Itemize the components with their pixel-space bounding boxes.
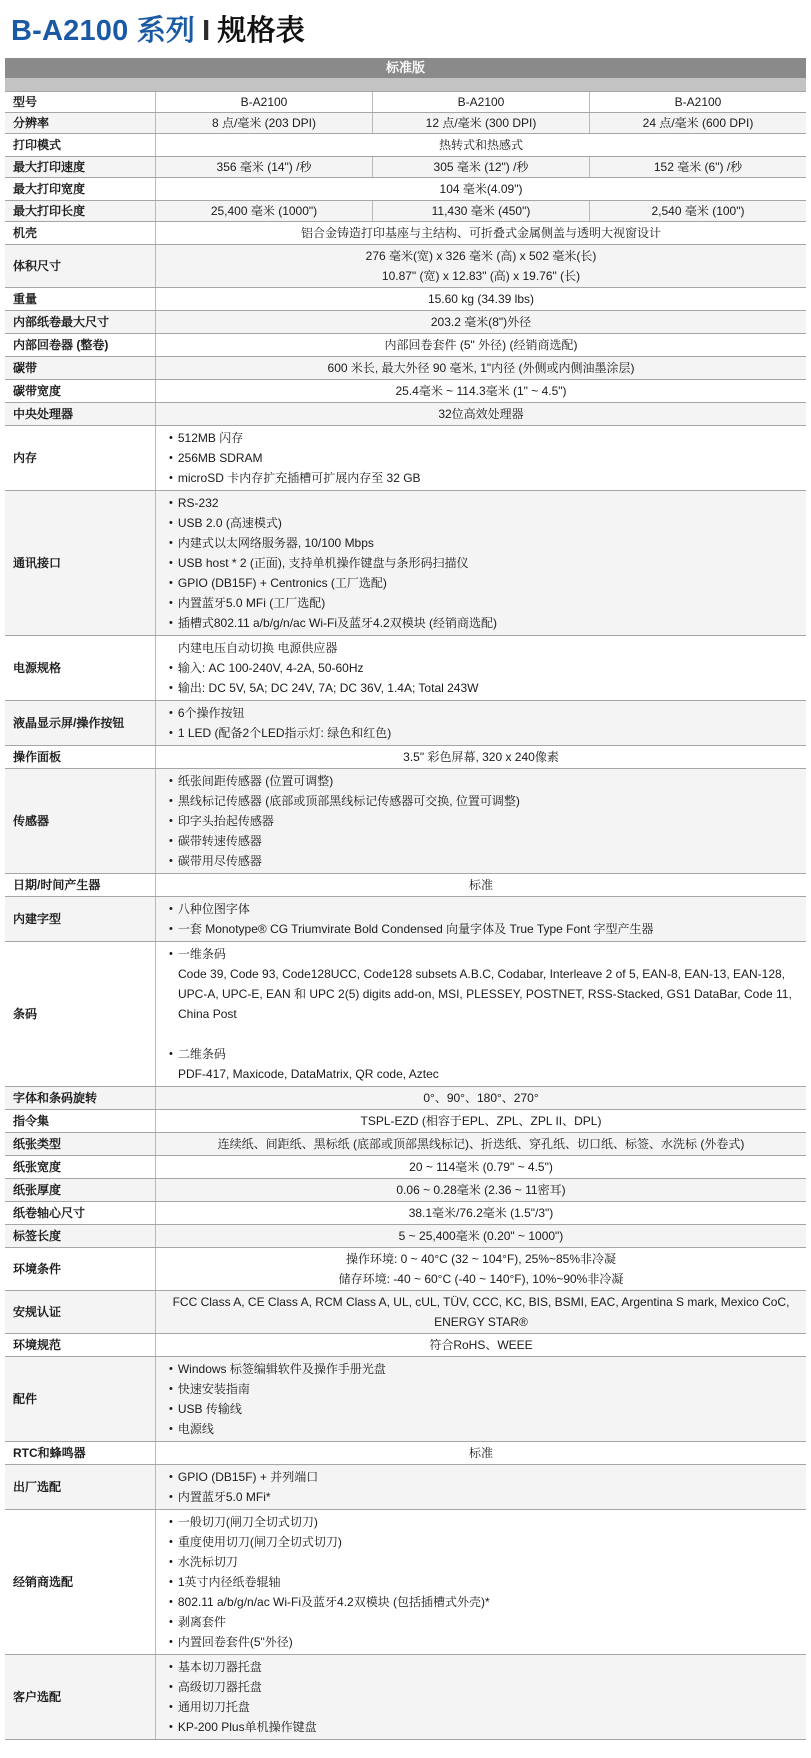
value-line: FCC Class A, CE Class A, RCM Class A, UL… xyxy=(164,1292,798,1332)
value-line: 104 毫米(4.09") xyxy=(164,179,798,199)
bullet-icon: • xyxy=(169,1379,173,1399)
spec-row: 分辨率8 点/毫米 (203 DPI)12 点/毫米 (300 DPI)24 点… xyxy=(5,112,806,133)
row-label: 最大打印速度 xyxy=(5,157,155,177)
spec-row: 重量15.60 kg (34.39 lbs) xyxy=(5,287,806,310)
row-value: 标准 xyxy=(155,1442,806,1464)
list-item: •RS-232 xyxy=(169,493,796,513)
value-cell: B-A2100 xyxy=(589,92,806,112)
list-item: •二维条码 xyxy=(169,1044,796,1064)
row-label: 最大打印宽度 xyxy=(5,178,155,200)
row-value: 25,400 毫米 (1000")11,430 毫米 (450")2,540 毫… xyxy=(155,201,806,221)
item-text: microSD 卡内存扩充插槽可扩展内存至 32 GB xyxy=(178,468,796,488)
item-text: 八种位图字体 xyxy=(178,899,796,919)
row-value: •GPIO (DB15F) + 并列端口•内置蓝牙5.0 MFi* xyxy=(155,1465,806,1509)
value-line: 10.87" (宽) x 12.83" (高) x 19.76" (长) xyxy=(164,266,798,286)
row-label: 内建字型 xyxy=(5,897,155,941)
spec-row: 出厂选配•GPIO (DB15F) + 并列端口•内置蓝牙5.0 MFi* xyxy=(5,1464,806,1509)
value-line: 15.60 kg (34.39 lbs) xyxy=(164,289,798,309)
row-label: 字体和条码旋转 xyxy=(5,1087,155,1109)
spec-row: 中央处理器32位高效处理器 xyxy=(5,402,806,425)
list-item: •输入: AC 100-240V, 4-2A, 50-60Hz xyxy=(169,658,796,678)
spec-row: 环境规范符合RoHS、WEEE xyxy=(5,1333,806,1356)
value-line: 铝合金铸造打印基座与主结构、可折叠式金属侧盖与透明大视窗设计 xyxy=(164,223,798,243)
item-text: 一般切刀(闸刀全切式切刀) xyxy=(178,1512,796,1532)
row-label: 条码 xyxy=(5,942,155,1086)
list-item: •插槽式802.11 a/b/g/n/ac Wi-Fi及蓝牙4.2双模块 (经销… xyxy=(169,613,796,633)
row-label: 纸卷轴心尺寸 xyxy=(5,1202,155,1224)
spec-row: 内建字型•八种位图字体•一套 Monotype® CG Triumvirate … xyxy=(5,896,806,941)
list-item: •高级切刀器托盘 xyxy=(169,1677,796,1697)
spec-row: 内存•512MB 闪存•256MB SDRAM•microSD 卡内存扩充插槽可… xyxy=(5,425,806,490)
value-cell: B-A2100 xyxy=(372,92,589,112)
bullet-icon: • xyxy=(169,1359,173,1379)
row-label: 内部回卷器 (整卷) xyxy=(5,334,155,356)
row-value: •512MB 闪存•256MB SDRAM•microSD 卡内存扩充插槽可扩展… xyxy=(155,426,806,490)
spec-row: 经销商选配•一般切刀(闸刀全切式切刀)•重度使用切刀(闸刀全切式切刀)•水洗标切… xyxy=(5,1509,806,1654)
value-line: 符合RoHS、WEEE xyxy=(164,1335,798,1355)
value-line: 热转式和热感式 xyxy=(164,135,798,155)
spec-row: 指令集TSPL-EZD (相容于EPL、ZPL、ZPL II、DPL) xyxy=(5,1109,806,1132)
row-value: •一维条码Code 39, Code 93, Code128UCC, Code1… xyxy=(155,942,806,1086)
row-label: 纸张宽度 xyxy=(5,1156,155,1178)
spec-row: 纸卷轴心尺寸38.1毫米/76.2毫米 (1.5"/3") xyxy=(5,1201,806,1224)
value-cell: 11,430 毫米 (450") xyxy=(372,201,589,221)
item-text: 碳带转速传感器 xyxy=(178,831,796,851)
row-label: 客户选配 xyxy=(5,1655,155,1739)
bullet-icon: • xyxy=(169,771,173,791)
edition-header-band xyxy=(5,78,806,91)
row-value: 0.06 ~ 0.28毫米 (2.36 ~ 11密耳) xyxy=(155,1179,806,1201)
spec-row: 字体和条码旋转0°、90°、180°、270° xyxy=(5,1086,806,1109)
value-line: 32位高效处理器 xyxy=(164,404,798,424)
list-item: •一套 Monotype® CG Triumvirate Bold Conden… xyxy=(169,919,796,939)
list-item: •八种位图字体 xyxy=(169,899,796,919)
list-item: •1英寸内径纸卷辊轴 xyxy=(169,1572,796,1592)
value-line: 标准 xyxy=(164,875,798,895)
item-text: 黑线标记传感器 (底部或顶部黑线标记传感器可交换, 位置可调整) xyxy=(178,791,796,811)
bullet-icon: • xyxy=(169,1552,173,1572)
bullet-icon: • xyxy=(169,851,173,871)
item-text: USB host * 2 (正面), 支持单机操作键盘与条形码扫描仪 xyxy=(178,553,796,573)
item-text: 剥离套件 xyxy=(178,1612,796,1632)
item-text: 802.11 a/b/g/n/ac Wi-Fi及蓝牙4.2双模块 (包括插槽式外… xyxy=(178,1592,796,1612)
row-label: 打印模式 xyxy=(5,134,155,156)
item-text: 内建电压自动切换 电源供应器 xyxy=(178,638,796,658)
list-item: •内建式以太网络服务器, 10/100 Mbps xyxy=(169,533,796,553)
list-item: •纸张间距传感器 (位置可调整) xyxy=(169,771,796,791)
spec-sheet-page: B-A2100 系列I规格表 标准版 型号B-A2100B-A2100B-A21… xyxy=(0,0,811,1758)
value-line: 276 毫米(宽) x 326 毫米 (高) x 502 毫米(长) xyxy=(164,246,798,266)
list-item: •512MB 闪存 xyxy=(169,428,796,448)
bullet-icon: • xyxy=(169,899,173,919)
list-item: •内置回卷套件(5"外径) xyxy=(169,1632,796,1652)
value-cell: 24 点/毫米 (600 DPI) xyxy=(589,113,806,133)
row-label: 安规认证 xyxy=(5,1291,155,1333)
value-line: 内部回卷套件 (5" 外径) (经销商选配) xyxy=(164,335,798,355)
bullet-icon: • xyxy=(169,1419,173,1439)
spec-row: 纸张宽度20 ~ 114毫米 (0.79" ~ 4.5") xyxy=(5,1155,806,1178)
bullet-icon: • xyxy=(169,1697,173,1717)
row-value: 356 毫米 (14") /秒305 毫米 (12") /秒152 毫米 (6"… xyxy=(155,157,806,177)
row-label: 传感器 xyxy=(5,769,155,873)
spec-row: 条码•一维条码Code 39, Code 93, Code128UCC, Cod… xyxy=(5,941,806,1086)
item-text: 内置蓝牙5.0 MFi* xyxy=(178,1487,796,1507)
row-value: 32位高效处理器 xyxy=(155,403,806,425)
row-label: 电源规格 xyxy=(5,636,155,700)
row-label: 操作面板 xyxy=(5,746,155,768)
row-value: 276 毫米(宽) x 326 毫米 (高) x 502 毫米(长)10.87"… xyxy=(155,245,806,287)
item-text: 二维条码 xyxy=(178,1044,796,1064)
row-value: 操作环境: 0 ~ 40°C (32 ~ 104°F), 25%~85%非冷凝储… xyxy=(155,1248,806,1290)
list-item: 内建电压自动切换 电源供应器 xyxy=(169,638,796,658)
value-cell: 2,540 毫米 (100") xyxy=(589,201,806,221)
bullet-icon: • xyxy=(169,1657,173,1677)
bullet-icon: • xyxy=(169,468,173,488)
row-label: 纸张类型 xyxy=(5,1133,155,1155)
row-label: 中央处理器 xyxy=(5,403,155,425)
row-label: 出厂选配 xyxy=(5,1465,155,1509)
row-value: 内部回卷套件 (5" 外径) (经销商选配) xyxy=(155,334,806,356)
bullet-icon: • xyxy=(169,553,173,573)
list-item: •内置蓝牙5.0 MFi (工厂选配) xyxy=(169,593,796,613)
title-separator-icon: I xyxy=(195,15,217,47)
value-cell: 305 毫米 (12") /秒 xyxy=(372,157,589,177)
row-label: 内存 xyxy=(5,426,155,490)
row-value: 5 ~ 25,400毫米 (0.20" ~ 1000") xyxy=(155,1225,806,1247)
value-line: 5 ~ 25,400毫米 (0.20" ~ 1000") xyxy=(164,1226,798,1246)
item-text: 1 LED (配备2个LED指示灯: 绿色和红色) xyxy=(178,723,796,743)
item-text: KP-200 Plus单机操作键盘 xyxy=(178,1717,796,1737)
spec-row: 操作面板3.5" 彩色屏幕, 320 x 240像素 xyxy=(5,745,806,768)
list-item: •黑线标记传感器 (底部或顶部黑线标记传感器可交换, 位置可调整) xyxy=(169,791,796,811)
item-text: 重度使用切刀(闸刀全切式切刀) xyxy=(178,1532,796,1552)
value-cell: 356 毫米 (14") /秒 xyxy=(156,157,372,177)
row-value: •八种位图字体•一套 Monotype® CG Triumvirate Bold… xyxy=(155,897,806,941)
list-item: •通用切刀托盘 xyxy=(169,1697,796,1717)
value-line: 储存环境: -40 ~ 60°C (-40 ~ 140°F), 10%~90%非… xyxy=(164,1269,798,1289)
list-item: •碳带用尽传感器 xyxy=(169,851,796,871)
item-text: 印字头抬起传感器 xyxy=(178,811,796,831)
row-value: 0°、90°、180°、270° xyxy=(155,1087,806,1109)
row-value: 600 米长, 最大外径 90 毫米, 1"内径 (外侧或内侧油墨涂层) xyxy=(155,357,806,379)
value-cell: B-A2100 xyxy=(156,92,372,112)
spec-row: 最大打印速度356 毫米 (14") /秒305 毫米 (12") /秒152 … xyxy=(5,156,806,177)
row-label: 碳带宽度 xyxy=(5,380,155,402)
row-label: 环境条件 xyxy=(5,1248,155,1290)
list-item: •一般切刀(闸刀全切式切刀) xyxy=(169,1512,796,1532)
spec-row: 传感器•纸张间距传感器 (位置可调整)•黑线标记传感器 (底部或顶部黑线标记传感… xyxy=(5,768,806,873)
list-item: •GPIO (DB15F) + Centronics (工厂选配) xyxy=(169,573,796,593)
bullet-icon: • xyxy=(169,791,173,811)
spec-row: 日期/时间产生器标准 xyxy=(5,873,806,896)
item-text: 纸张间距传感器 (位置可调整) xyxy=(178,771,796,791)
row-value: 热转式和热感式 xyxy=(155,134,806,156)
item-text: 基本切刀器托盘 xyxy=(178,1657,796,1677)
item-text: 高级切刀器托盘 xyxy=(178,1677,796,1697)
list-item: •USB 传输线 xyxy=(169,1399,796,1419)
row-value: 25.4毫米 ~ 114.3毫米 (1" ~ 4.5") xyxy=(155,380,806,402)
row-value: 标准 xyxy=(155,874,806,896)
row-value: •Windows 标签编辑软件及操作手册光盘•快速安装指南•USB 传输线•电源… xyxy=(155,1357,806,1441)
list-item: PDF-417, Maxicode, DataMatrix, QR code, … xyxy=(169,1064,796,1084)
row-value: 连续纸、间距纸、黑标纸 (底部或顶部黑线标记)、折迭纸、穿孔纸、切口纸、标签、水… xyxy=(155,1133,806,1155)
item-text: 一套 Monotype® CG Triumvirate Bold Condens… xyxy=(178,919,796,939)
spec-row: 内部回卷器 (整卷)内部回卷套件 (5" 外径) (经销商选配) xyxy=(5,333,806,356)
row-value: 铝合金铸造打印基座与主结构、可折叠式金属侧盖与透明大视窗设计 xyxy=(155,222,806,244)
item-text: Windows 标签编辑软件及操作手册光盘 xyxy=(178,1359,796,1379)
row-label: 体积尺寸 xyxy=(5,245,155,287)
row-value: 104 毫米(4.09") xyxy=(155,178,806,200)
list-item: •USB host * 2 (正面), 支持单机操作键盘与条形码扫描仪 xyxy=(169,553,796,573)
row-value: •纸张间距传感器 (位置可调整)•黑线标记传感器 (底部或顶部黑线标记传感器可交… xyxy=(155,769,806,873)
item-text: Code 39, Code 93, Code128UCC, Code128 su… xyxy=(178,964,796,1024)
item-text: 一维条码 xyxy=(178,944,796,964)
row-label: 分辨率 xyxy=(5,113,155,133)
bullet-icon: • xyxy=(169,723,173,743)
item-text: 512MB 闪存 xyxy=(178,428,796,448)
row-value: FCC Class A, CE Class A, RCM Class A, UL… xyxy=(155,1291,806,1333)
item-text: 通用切刀托盘 xyxy=(178,1697,796,1717)
list-item: •KP-200 Plus单机操作键盘 xyxy=(169,1717,796,1737)
row-value: •基本切刀器托盘•高级切刀器托盘•通用切刀托盘•KP-200 Plus单机操作键… xyxy=(155,1655,806,1739)
row-label: 最大打印长度 xyxy=(5,201,155,221)
value-line: 0°、90°、180°、270° xyxy=(164,1088,798,1108)
list-item: •水洗标切刀 xyxy=(169,1552,796,1572)
row-label: 环境规范 xyxy=(5,1334,155,1356)
bullet-icon: • xyxy=(169,1717,173,1737)
row-label: 纸张厚度 xyxy=(5,1179,155,1201)
spec-row: 型号B-A2100B-A2100B-A2100 xyxy=(5,91,806,112)
item-text: GPIO (DB15F) + 并列端口 xyxy=(178,1467,796,1487)
bullet-icon: • xyxy=(169,1592,173,1612)
row-value: •6个操作按钮•1 LED (配备2个LED指示灯: 绿色和红色) xyxy=(155,701,806,745)
item-text: 碳带用尽传感器 xyxy=(178,851,796,871)
row-label: 配件 xyxy=(5,1357,155,1441)
list-item: •电源线 xyxy=(169,1419,796,1439)
item-text: USB 2.0 (高速模式) xyxy=(178,513,796,533)
edition-header-label: 标准版 xyxy=(5,58,806,78)
value-line: 3.5" 彩色屏幕, 320 x 240像素 xyxy=(164,747,798,767)
bullet-icon: • xyxy=(169,1512,173,1532)
item-text: 输入: AC 100-240V, 4-2A, 50-60Hz xyxy=(178,658,796,678)
bullet-icon: • xyxy=(169,919,173,939)
item-text: 内置蓝牙5.0 MFi (工厂选配) xyxy=(178,593,796,613)
list-item: •重度使用切刀(闸刀全切式切刀) xyxy=(169,1532,796,1552)
row-label: 经销商选配 xyxy=(5,1510,155,1654)
bullet-icon: • xyxy=(169,513,173,533)
list-item: •256MB SDRAM xyxy=(169,448,796,468)
row-label: 重量 xyxy=(5,288,155,310)
spec-row: 配件•Windows 标签编辑软件及操作手册光盘•快速安装指南•USB 传输线•… xyxy=(5,1356,806,1441)
row-label: 日期/时间产生器 xyxy=(5,874,155,896)
spec-row: 最大打印宽度104 毫米(4.09") xyxy=(5,177,806,200)
item-text: 水洗标切刀 xyxy=(178,1552,796,1572)
item-text: 插槽式802.11 a/b/g/n/ac Wi-Fi及蓝牙4.2双模块 (经销商… xyxy=(178,613,796,633)
bullet-icon: • xyxy=(169,1532,173,1552)
spec-row: 客户选配•基本切刀器托盘•高级切刀器托盘•通用切刀托盘•KP-200 Plus单… xyxy=(5,1654,806,1739)
item-text: 1英寸内径纸卷辊轴 xyxy=(178,1572,796,1592)
bullet-icon: • xyxy=(169,678,173,698)
page-title: B-A2100 系列I规格表 xyxy=(5,6,806,58)
spec-row: 环境条件操作环境: 0 ~ 40°C (32 ~ 104°F), 25%~85%… xyxy=(5,1247,806,1290)
list-item: •基本切刀器托盘 xyxy=(169,1657,796,1677)
row-value: 符合RoHS、WEEE xyxy=(155,1334,806,1356)
list-item: •印字头抬起传感器 xyxy=(169,811,796,831)
spec-row: 内部纸卷最大尺寸203.2 毫米(8")外径 xyxy=(5,310,806,333)
row-value: 15.60 kg (34.39 lbs) xyxy=(155,288,806,310)
bullet-icon: • xyxy=(169,703,173,723)
value-line: TSPL-EZD (相容于EPL、ZPL、ZPL II、DPL) xyxy=(164,1111,798,1131)
bullet-icon: • xyxy=(169,1487,173,1507)
title-suffix: 规格表 xyxy=(217,15,305,47)
list-item: •内置蓝牙5.0 MFi* xyxy=(169,1487,796,1507)
value-cell: 8 点/毫米 (203 DPI) xyxy=(156,113,372,133)
row-value: •RS-232•USB 2.0 (高速模式)•内建式以太网络服务器, 10/10… xyxy=(155,491,806,635)
row-label: 机壳 xyxy=(5,222,155,244)
value-line: 连续纸、间距纸、黑标纸 (底部或顶部黑线标记)、折迭纸、穿孔纸、切口纸、标签、水… xyxy=(164,1134,798,1154)
list-item: •GPIO (DB15F) + 并列端口 xyxy=(169,1467,796,1487)
list-item: •1 LED (配备2个LED指示灯: 绿色和红色) xyxy=(169,723,796,743)
row-value: •一般切刀(闸刀全切式切刀)•重度使用切刀(闸刀全切式切刀)•水洗标切刀•1英寸… xyxy=(155,1510,806,1654)
spec-row: 碳带600 米长, 最大外径 90 毫米, 1"内径 (外侧或内侧油墨涂层) xyxy=(5,356,806,379)
spec-row: 机壳铝合金铸造打印基座与主结构、可折叠式金属侧盖与透明大视窗设计 xyxy=(5,221,806,244)
bullet-icon: • xyxy=(169,533,173,553)
list-item: •碳带转速传感器 xyxy=(169,831,796,851)
spec-row: 标签长度5 ~ 25,400毫米 (0.20" ~ 1000") xyxy=(5,1224,806,1247)
value-line: 标准 xyxy=(164,1443,798,1463)
item-text: 内建式以太网络服务器, 10/100 Mbps xyxy=(178,533,796,553)
row-value: 8 点/毫米 (203 DPI)12 点/毫米 (300 DPI)24 点/毫米… xyxy=(155,113,806,133)
bullet-icon: • xyxy=(169,1399,173,1419)
row-label: 通讯接口 xyxy=(5,491,155,635)
item-text: 6个操作按钮 xyxy=(178,703,796,723)
row-label: 碳带 xyxy=(5,357,155,379)
item-text: 快速安装指南 xyxy=(178,1379,796,1399)
list-item xyxy=(169,1024,796,1044)
row-label: RTC和蜂鸣器 xyxy=(5,1442,155,1464)
spec-row: 电源规格内建电压自动切换 电源供应器•输入: AC 100-240V, 4-2A… xyxy=(5,635,806,700)
list-item: •USB 2.0 (高速模式) xyxy=(169,513,796,533)
value-cell: 152 毫米 (6") /秒 xyxy=(589,157,806,177)
list-item: Code 39, Code 93, Code128UCC, Code128 su… xyxy=(169,964,796,1024)
bullet-icon: • xyxy=(169,1632,173,1652)
row-value: B-A2100B-A2100B-A2100 xyxy=(155,92,806,112)
bullet-icon: • xyxy=(169,428,173,448)
spec-table: 型号B-A2100B-A2100B-A2100分辨率8 点/毫米 (203 DP… xyxy=(5,91,806,1740)
spec-row: RTC和蜂鸣器标准 xyxy=(5,1441,806,1464)
item-text: USB 传输线 xyxy=(178,1399,796,1419)
list-item: •6个操作按钮 xyxy=(169,703,796,723)
list-item: •快速安装指南 xyxy=(169,1379,796,1399)
edition-header: 标准版 xyxy=(5,58,806,91)
bullet-icon: • xyxy=(169,1677,173,1697)
row-label: 指令集 xyxy=(5,1110,155,1132)
value-line: 600 米长, 最大外径 90 毫米, 1"内径 (外侧或内侧油墨涂层) xyxy=(164,358,798,378)
spec-row: 碳带宽度25.4毫米 ~ 114.3毫米 (1" ~ 4.5") xyxy=(5,379,806,402)
bullet-icon: • xyxy=(169,1467,173,1487)
value-cell: 25,400 毫米 (1000") xyxy=(156,201,372,221)
bullet-icon: • xyxy=(169,658,173,678)
row-value: 3.5" 彩色屏幕, 320 x 240像素 xyxy=(155,746,806,768)
spec-row: 最大打印长度25,400 毫米 (1000")11,430 毫米 (450")2… xyxy=(5,200,806,221)
spec-row: 体积尺寸276 毫米(宽) x 326 毫米 (高) x 502 毫米(长)10… xyxy=(5,244,806,287)
value-line: 38.1毫米/76.2毫米 (1.5"/3") xyxy=(164,1203,798,1223)
list-item: •microSD 卡内存扩充插槽可扩展内存至 32 GB xyxy=(169,468,796,488)
bullet-icon: • xyxy=(169,1572,173,1592)
bullet-icon: • xyxy=(169,613,173,633)
bullet-icon: • xyxy=(169,1612,173,1632)
row-value: 203.2 毫米(8")外径 xyxy=(155,311,806,333)
value-line: 操作环境: 0 ~ 40°C (32 ~ 104°F), 25%~85%非冷凝 xyxy=(164,1249,798,1269)
list-item: •一维条码 xyxy=(169,944,796,964)
row-value: 38.1毫米/76.2毫米 (1.5"/3") xyxy=(155,1202,806,1224)
value-line: 25.4毫米 ~ 114.3毫米 (1" ~ 4.5") xyxy=(164,381,798,401)
bullet-icon: • xyxy=(169,593,173,613)
row-value: 20 ~ 114毫米 (0.79" ~ 4.5") xyxy=(155,1156,806,1178)
bullet-icon: • xyxy=(169,448,173,468)
list-item: •802.11 a/b/g/n/ac Wi-Fi及蓝牙4.2双模块 (包括插槽式… xyxy=(169,1592,796,1612)
value-line: 203.2 毫米(8")外径 xyxy=(164,312,798,332)
spec-row: 纸张类型连续纸、间距纸、黑标纸 (底部或顶部黑线标记)、折迭纸、穿孔纸、切口纸、… xyxy=(5,1132,806,1155)
list-item: •剥离套件 xyxy=(169,1612,796,1632)
item-text: RS-232 xyxy=(178,493,796,513)
bullet-icon: • xyxy=(169,493,173,513)
bullet-icon: • xyxy=(169,944,173,964)
value-cell: 12 点/毫米 (300 DPI) xyxy=(372,113,589,133)
bullet-icon: • xyxy=(169,1044,173,1064)
row-label: 型号 xyxy=(5,92,155,112)
list-item: •输出: DC 5V, 5A; DC 24V, 7A; DC 36V, 1.4A… xyxy=(169,678,796,698)
spec-row: 液晶显示屏/操作按钮•6个操作按钮•1 LED (配备2个LED指示灯: 绿色和… xyxy=(5,700,806,745)
row-label: 液晶显示屏/操作按钮 xyxy=(5,701,155,745)
title-series: B-A2100 系列 xyxy=(11,15,195,47)
spec-row: 安规认证FCC Class A, CE Class A, RCM Class A… xyxy=(5,1290,806,1333)
bullet-icon: • xyxy=(169,831,173,851)
row-label: 标签长度 xyxy=(5,1225,155,1247)
spec-row: 纸张厚度0.06 ~ 0.28毫米 (2.36 ~ 11密耳) xyxy=(5,1178,806,1201)
item-text: GPIO (DB15F) + Centronics (工厂选配) xyxy=(178,573,796,593)
bullet-icon: • xyxy=(169,811,173,831)
row-value: TSPL-EZD (相容于EPL、ZPL、ZPL II、DPL) xyxy=(155,1110,806,1132)
item-text: 内置回卷套件(5"外径) xyxy=(178,1632,796,1652)
row-value: 内建电压自动切换 电源供应器•输入: AC 100-240V, 4-2A, 50… xyxy=(155,636,806,700)
value-line: 0.06 ~ 0.28毫米 (2.36 ~ 11密耳) xyxy=(164,1180,798,1200)
item-text: 电源线 xyxy=(178,1419,796,1439)
spec-row: 打印模式热转式和热感式 xyxy=(5,133,806,156)
list-item: •Windows 标签编辑软件及操作手册光盘 xyxy=(169,1359,796,1379)
row-label: 内部纸卷最大尺寸 xyxy=(5,311,155,333)
value-line: 20 ~ 114毫米 (0.79" ~ 4.5") xyxy=(164,1157,798,1177)
item-text: PDF-417, Maxicode, DataMatrix, QR code, … xyxy=(178,1064,796,1084)
bullet-icon: • xyxy=(169,573,173,593)
spec-row: 通讯接口•RS-232•USB 2.0 (高速模式)•内建式以太网络服务器, 1… xyxy=(5,490,806,635)
item-text: 输出: DC 5V, 5A; DC 24V, 7A; DC 36V, 1.4A;… xyxy=(178,678,796,698)
item-text: 256MB SDRAM xyxy=(178,448,796,468)
